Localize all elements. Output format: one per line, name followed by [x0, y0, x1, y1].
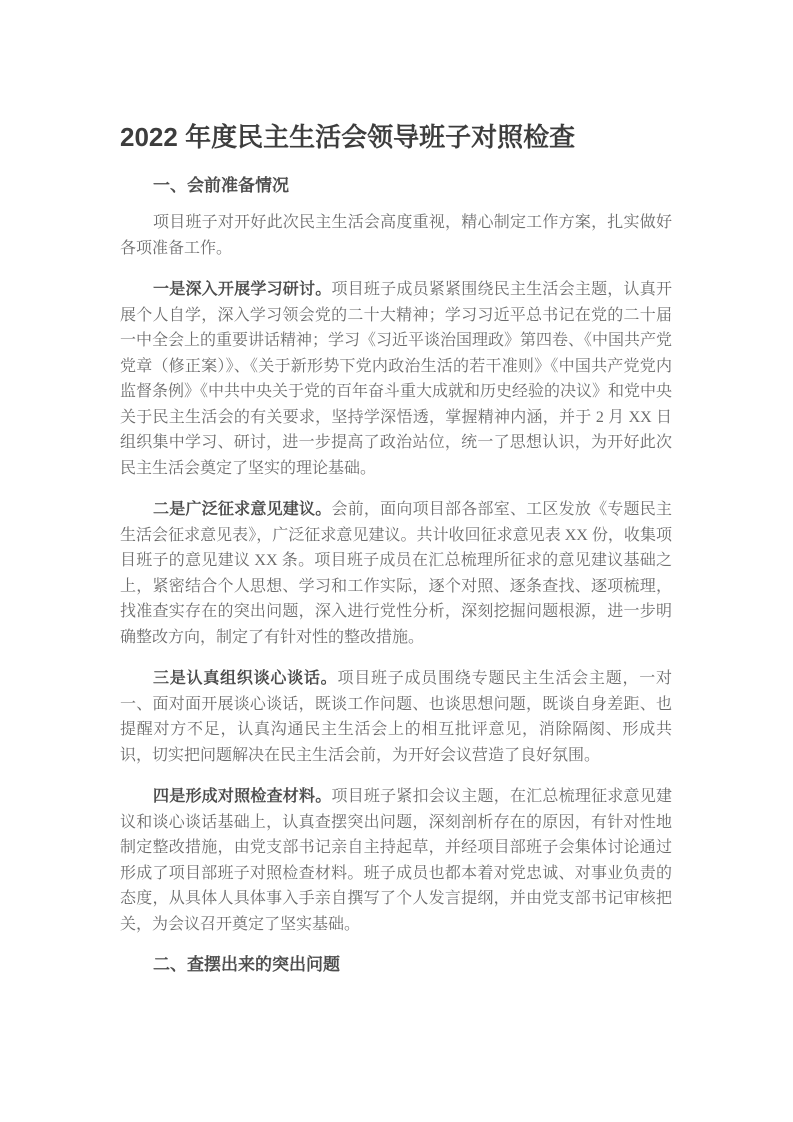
paragraph-lead: 二是广泛征求意见建议。	[153, 501, 331, 518]
paragraph-lead: 一是深入开展学习研讨。	[153, 281, 331, 298]
document-title: 2022 年度民主生活会领导班子对照检查	[120, 122, 672, 152]
document-page: 2022 年度民主生活会领导班子对照检查 一、会前准备情况 项目班子对开好此次民…	[0, 0, 793, 1122]
intro-paragraph: 项目班子对开好此次民主生活会高度重视，精心制定工作方案，扎实做好各项准备工作。	[120, 210, 672, 261]
paragraph-text: 项目班子成员紧紧围绕民主生活会主题，认真开展个人自学，深入学习领会党的二十大精神…	[120, 281, 672, 477]
paragraph-text: 项目班子紧扣会议主题，在汇总梳理征求意见建议和谈心谈话基础上，认真查摆突出问题，…	[120, 788, 672, 933]
paragraph-inspection-materials: 四是形成对照检查材料。项目班子紧扣会议主题，在汇总梳理征求意见建议和谈心谈话基础…	[120, 784, 672, 937]
paragraph-study-discussion: 一是深入开展学习研讨。项目班子成员紧紧围绕民主生活会主题，认真开展个人自学，深入…	[120, 277, 672, 481]
paragraph-lead: 三是认真组织谈心谈话。	[153, 670, 337, 687]
section-heading-preparation: 一、会前准备情况	[120, 174, 672, 198]
paragraph-lead: 四是形成对照检查材料。	[153, 788, 331, 805]
paragraph-heart-to-heart-talks: 三是认真组织谈心谈话。项目班子成员围绕专题民主生活会主题，一对一、面对面开展谈心…	[120, 666, 672, 768]
section-heading-problems: 二、查摆出来的突出问题	[120, 953, 672, 977]
paragraph-solicit-opinions: 二是广泛征求意见建议。会前，面向项目部各部室、工区发放《专题民主生活会征求意见表…	[120, 497, 672, 650]
paragraph-text: 会前，面向项目部各部室、工区发放《专题民主生活会征求意见表》，广泛征求意见建议。…	[120, 501, 672, 646]
